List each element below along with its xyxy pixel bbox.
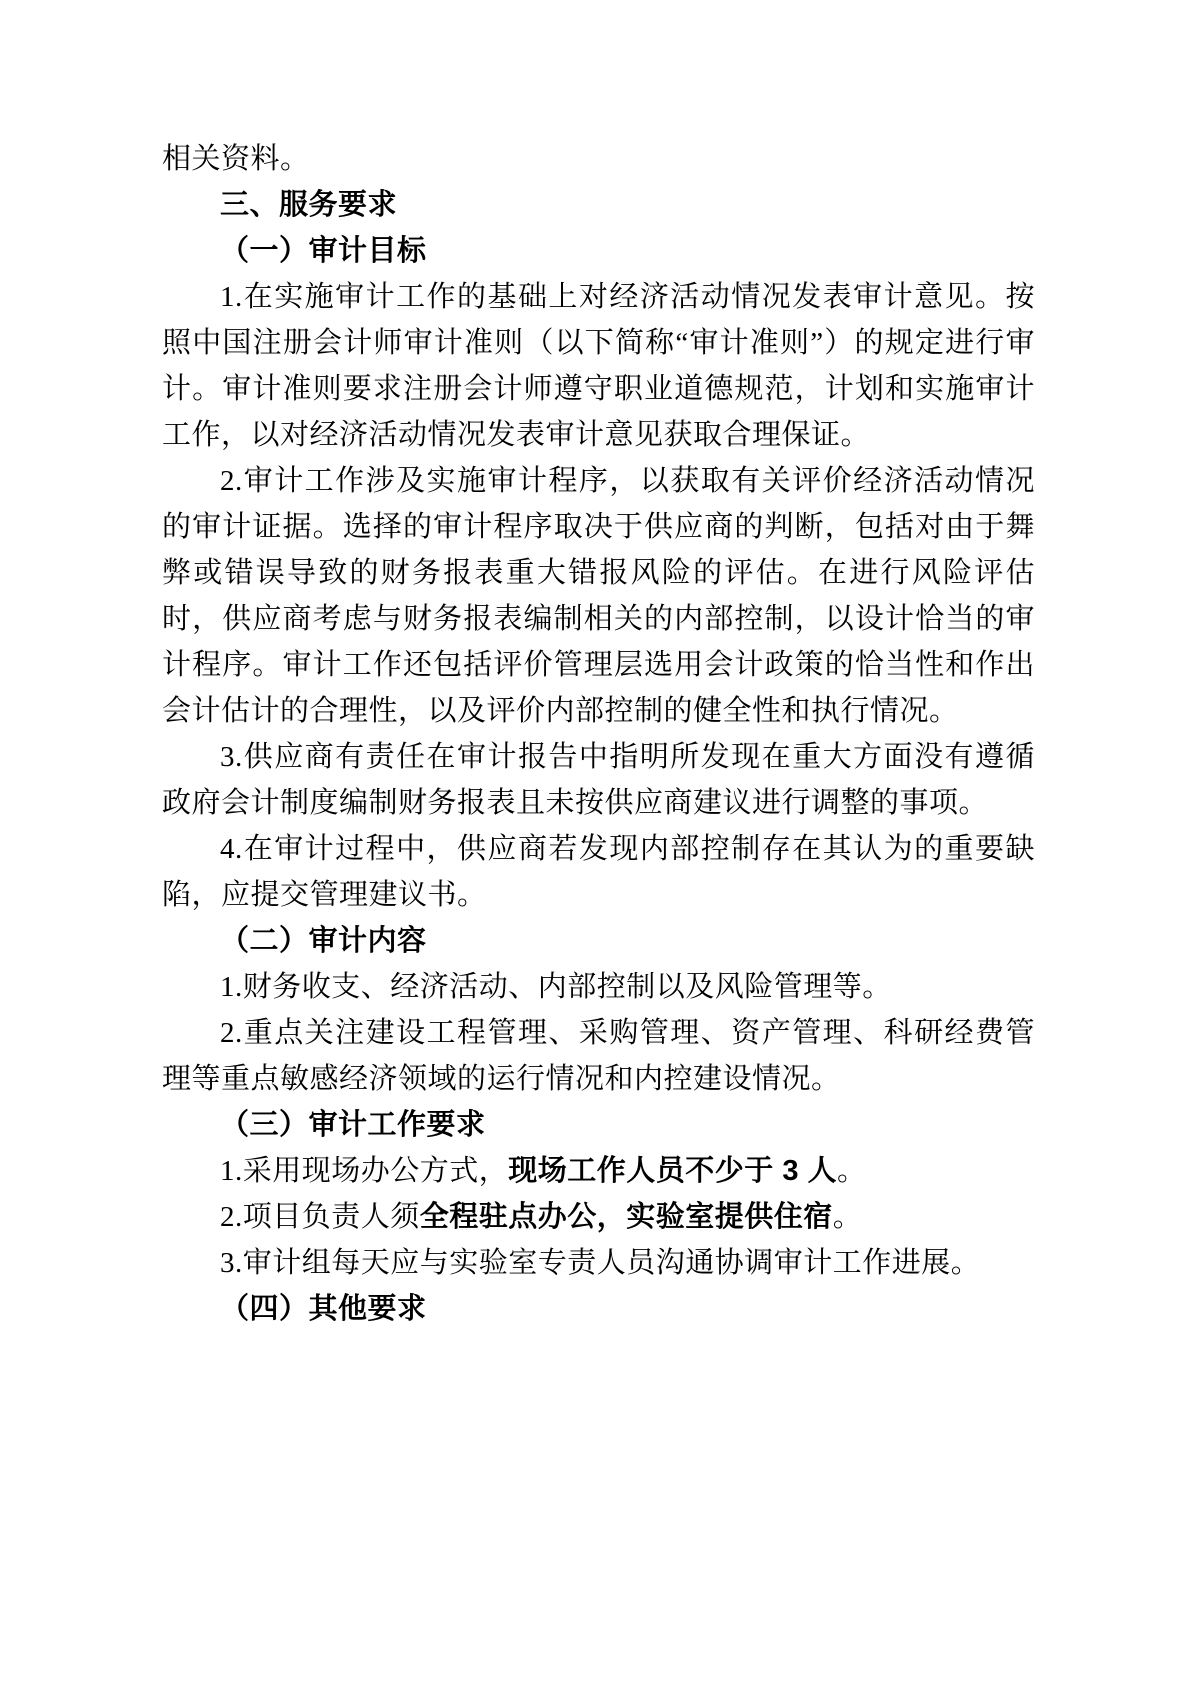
section-heading: 三、服务要求	[162, 182, 1035, 228]
body-paragraph: 3.供应商有责任在审计报告中指明所发现在重大方面没有遵循政府会计制度编制财务报表…	[162, 734, 1035, 826]
section-heading: （一）审计目标	[162, 228, 1035, 274]
body-paragraph: 相关资料。	[162, 136, 1035, 182]
text-run: 。	[837, 1155, 867, 1187]
body-paragraph: 1.采用现场办公方式，现场工作人员不少于 3 人。	[162, 1148, 1035, 1194]
text-run: 相关资料。	[162, 143, 310, 175]
text-run: （一）审计目标	[220, 235, 427, 267]
text-run: （二）审计内容	[220, 925, 427, 957]
document-body: 相关资料。三、服务要求（一）审计目标1.在实施审计工作的基础上对经济活动情况发表…	[162, 136, 1035, 1332]
text-run: 现场工作人员不少于 3 人	[508, 1155, 837, 1187]
body-paragraph: 4.在审计过程中，供应商若发现内部控制存在其认为的重要缺陷，应提交管理建议书。	[162, 826, 1035, 918]
text-run: 1.财务收支、经济活动、内部控制以及风险管理等。	[220, 971, 892, 1003]
text-run: 1.在实施审计工作的基础上对经济活动情况发表审计意见。按照中国注册会计师审计准则…	[162, 281, 1035, 451]
text-run: （三）审计工作要求	[220, 1109, 486, 1141]
text-run: （四）其他要求	[220, 1293, 427, 1325]
text-run: 3.供应商有责任在审计报告中指明所发现在重大方面没有遵循政府会计制度编制财务报表…	[162, 741, 1035, 819]
text-run: 全程驻点办公，实验室提供住宿	[420, 1201, 833, 1233]
text-run: 3.审计组每天应与实验室专责人员沟通协调审计工作进展。	[220, 1247, 980, 1279]
section-heading: （三）审计工作要求	[162, 1102, 1035, 1148]
body-paragraph: 3.审计组每天应与实验室专责人员沟通协调审计工作进展。	[162, 1240, 1035, 1286]
text-run: 4.在审计过程中，供应商若发现内部控制存在其认为的重要缺陷，应提交管理建议书。	[162, 833, 1035, 911]
body-paragraph: 2.项目负责人须全程驻点办公，实验室提供住宿。	[162, 1194, 1035, 1240]
text-run: 2.审计工作涉及实施审计程序，以获取有关评价经济活动情况的审计证据。选择的审计程…	[162, 465, 1035, 727]
document-page: 相关资料。三、服务要求（一）审计目标1.在实施审计工作的基础上对经济活动情况发表…	[0, 0, 1191, 1684]
section-heading: （二）审计内容	[162, 918, 1035, 964]
section-heading: （四）其他要求	[162, 1286, 1035, 1332]
text-run: 2.重点关注建设工程管理、采购管理、资产管理、科研经费管理等重点敏感经济领域的运…	[162, 1017, 1035, 1095]
body-paragraph: 2.审计工作涉及实施审计程序，以获取有关评价经济活动情况的审计证据。选择的审计程…	[162, 458, 1035, 734]
text-run: 2.项目负责人须	[220, 1201, 420, 1233]
body-paragraph: 2.重点关注建设工程管理、采购管理、资产管理、科研经费管理等重点敏感经济领域的运…	[162, 1010, 1035, 1102]
text-run: 。	[833, 1201, 863, 1233]
body-paragraph: 1.财务收支、经济活动、内部控制以及风险管理等。	[162, 964, 1035, 1010]
body-paragraph: 1.在实施审计工作的基础上对经济活动情况发表审计意见。按照中国注册会计师审计准则…	[162, 274, 1035, 458]
text-run: 三、服务要求	[220, 189, 397, 221]
text-run: 1.采用现场办公方式，	[220, 1155, 508, 1187]
